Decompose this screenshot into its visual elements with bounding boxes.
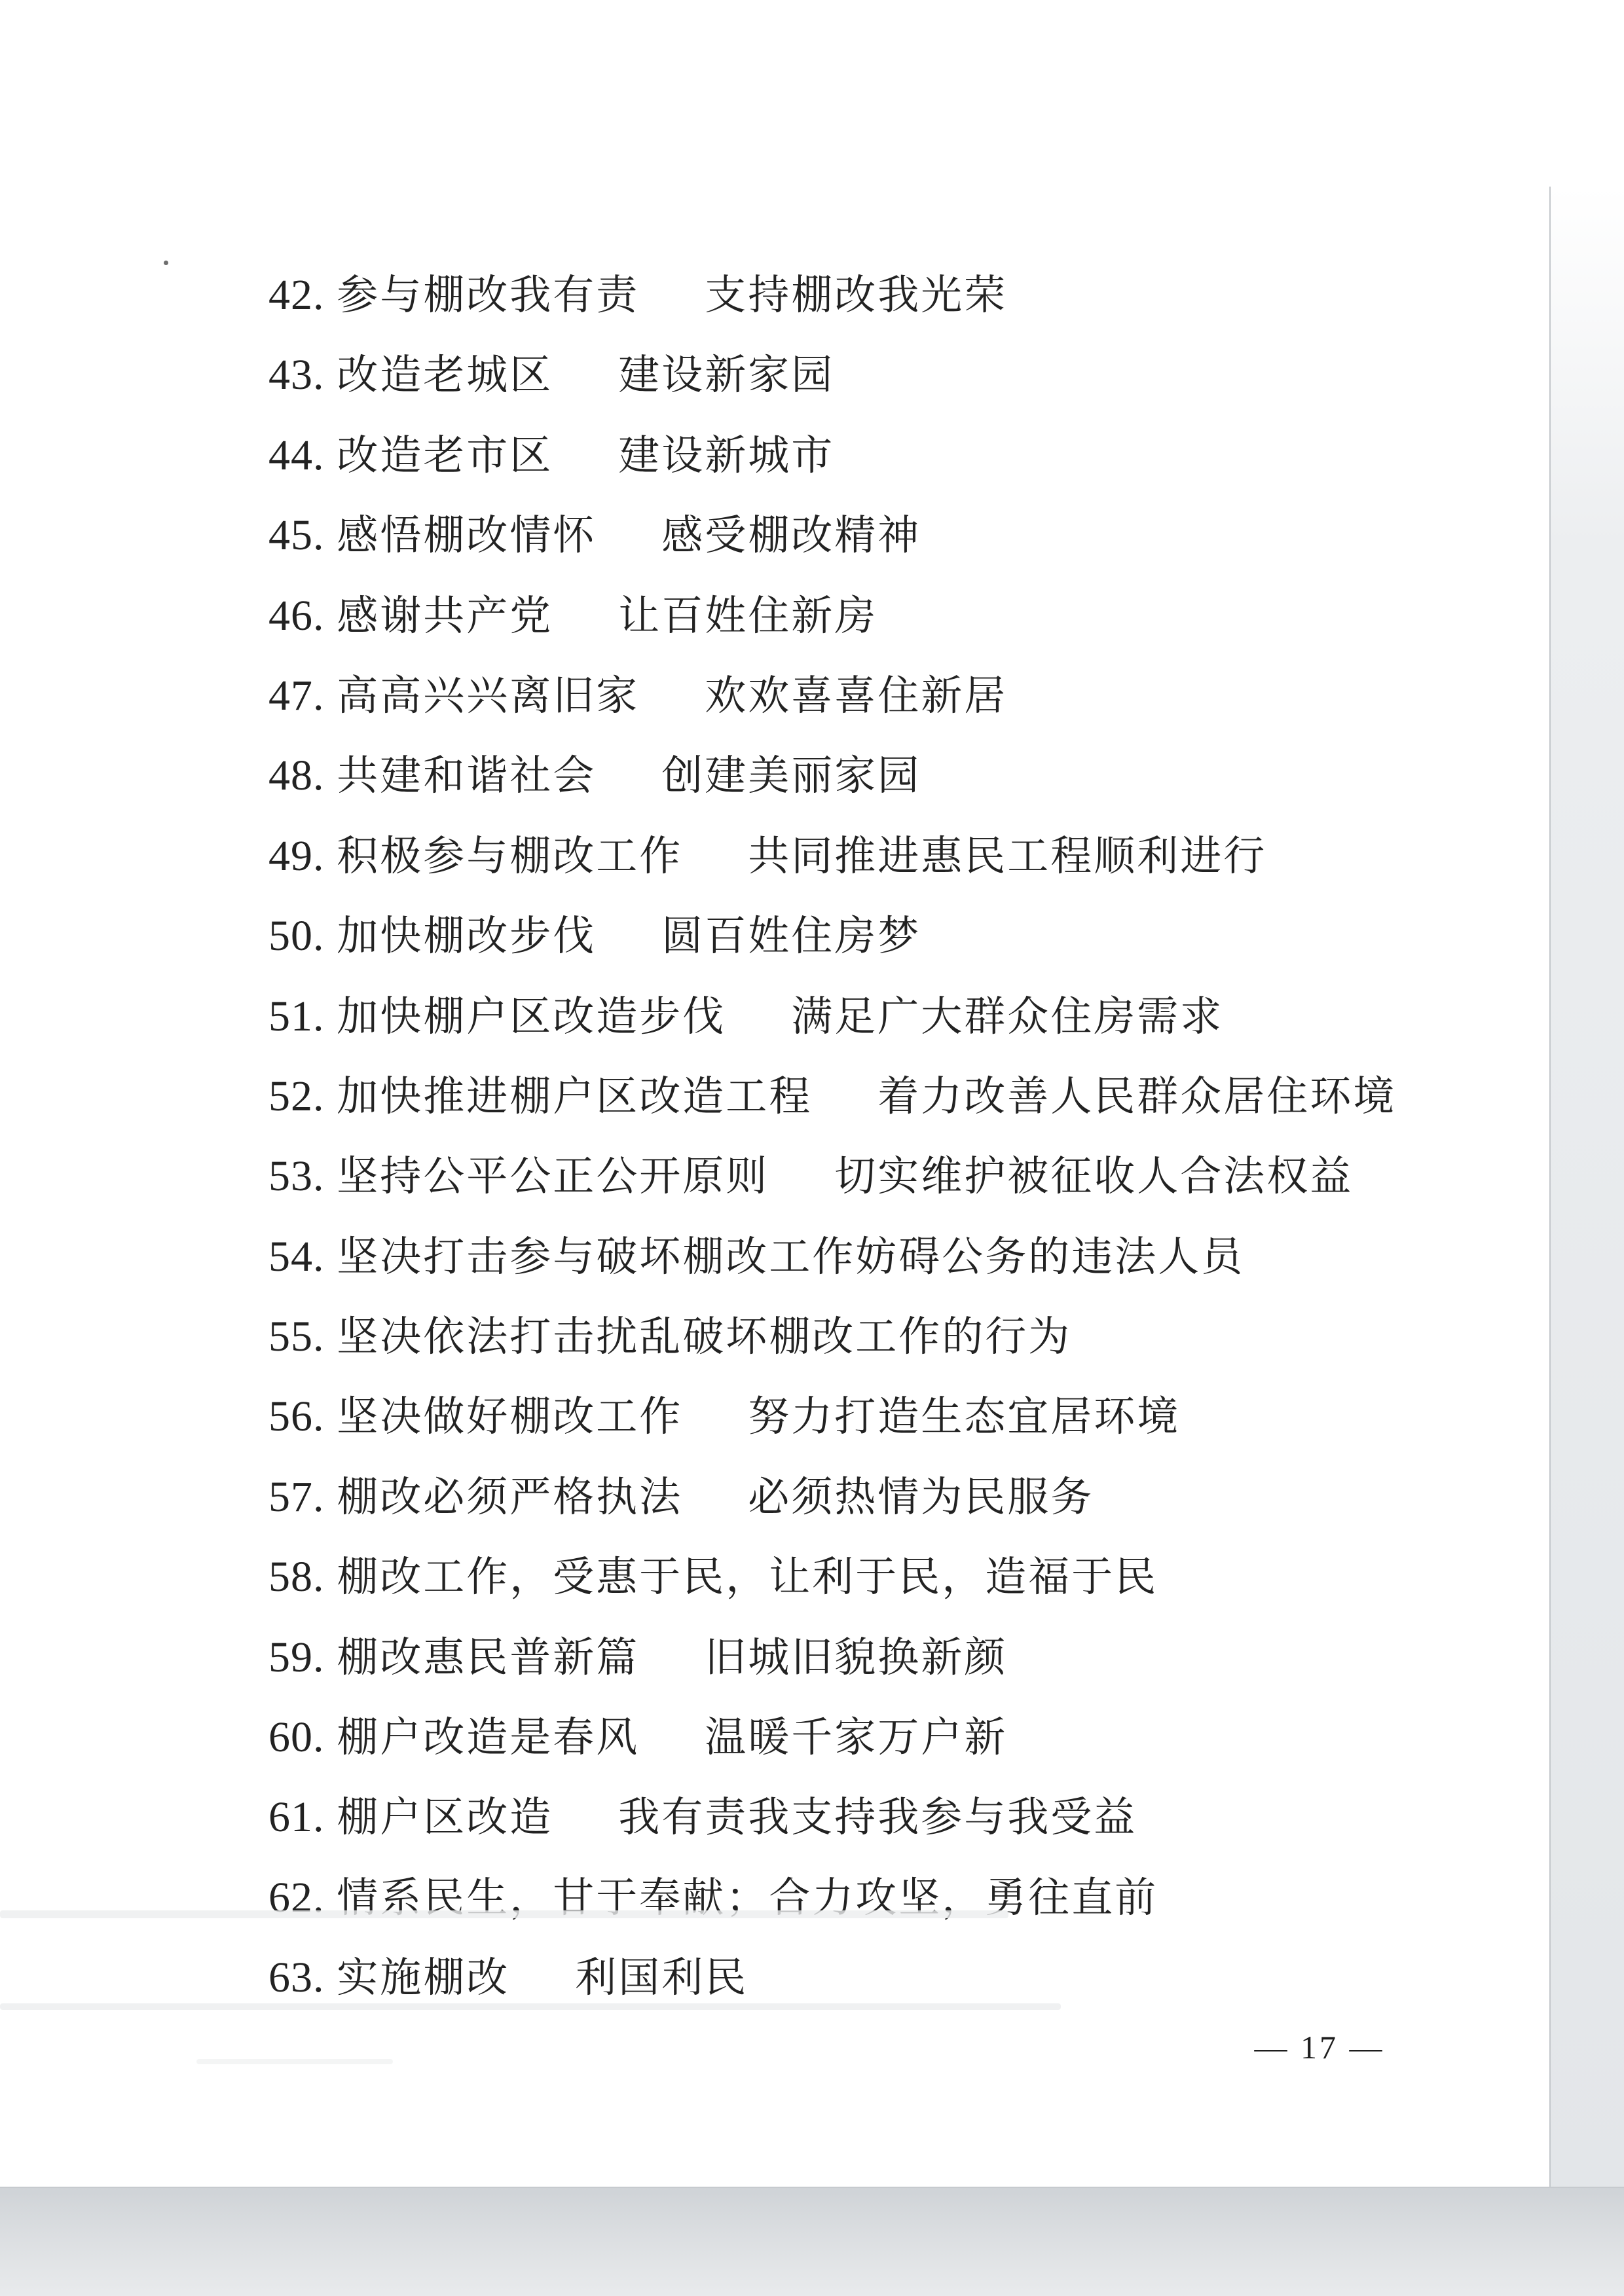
item-text: 坚决做好棚改工作 — [337, 1394, 682, 1440]
item-text: 参与棚改我有责 — [337, 272, 639, 318]
item-number: 45. — [268, 511, 325, 559]
item-number: 50. — [268, 912, 325, 960]
item-text: 满足广大群众住房需求 — [791, 994, 1223, 1040]
item-text: 坚决依法打击扰乱破坏棚改工作的行为 — [337, 1314, 1071, 1360]
item-text: 棚改工作，受惠于民，让利于民，造福于民 — [337, 1554, 1158, 1600]
list-item: 42. 参与棚改我有责支持棚改我光荣 — [268, 255, 1396, 335]
list-item: 60. 棚户改造是春风温暖千家万户新 — [268, 1698, 1396, 1777]
item-number: 47. — [268, 672, 325, 720]
item-text: 加快棚户区改造步伐 — [337, 994, 726, 1040]
scan-speck — [164, 261, 168, 265]
item-text: 棚改惠民普新篇 — [337, 1635, 639, 1681]
item-text: 支持棚改我光荣 — [705, 272, 1007, 318]
list-item: 54. 坚决打击参与破坏棚改工作妨碍公务的违法人员 — [268, 1217, 1396, 1297]
item-number: 55. — [268, 1313, 325, 1360]
page-right-edge — [1549, 187, 1624, 2187]
list-item: 52. 加快推进棚户区改造工程着力改善人民群众居住环境 — [268, 1057, 1396, 1137]
item-text: 加快棚改步伐 — [337, 913, 596, 959]
item-text: 改造老城区 — [337, 352, 553, 398]
item-number: 49. — [268, 832, 325, 880]
item-number: 60. — [268, 1713, 325, 1761]
item-number: 43. — [268, 351, 325, 399]
item-text: 必须热情为民服务 — [748, 1474, 1094, 1520]
item-text: 温暖千家万户新 — [705, 1715, 1007, 1760]
item-text: 感谢共产党 — [337, 593, 553, 639]
item-number: 53. — [268, 1152, 325, 1200]
list-item: 46. 感谢共产党让百姓住新房 — [268, 576, 1396, 656]
item-text: 欢欢喜喜住新居 — [705, 673, 1007, 719]
item-number: 59. — [268, 1633, 325, 1681]
item-number: 61. — [268, 1793, 325, 1841]
item-number: 54. — [268, 1233, 325, 1281]
item-text: 切实维护被征收人合法权益 — [834, 1154, 1353, 1199]
scan-streak — [196, 2059, 393, 2064]
item-text: 共同推进惠民工程顺利进行 — [748, 833, 1266, 879]
scanner-background — [0, 2187, 1624, 2296]
scan-streak — [0, 2003, 1061, 2010]
list-item: 44. 改造老市区建设新城市 — [268, 416, 1396, 496]
item-text: 高高兴兴离旧家 — [337, 673, 639, 719]
item-number: 48. — [268, 752, 325, 799]
slogan-list: 42. 参与棚改我有责支持棚改我光荣 43. 改造老城区建设新家园 44. 改造… — [268, 255, 1396, 2018]
item-text: 建设新家园 — [618, 352, 834, 398]
item-text: 着力改善人民群众居住环境 — [877, 1074, 1396, 1120]
page-number: — 17 — — [1247, 2028, 1392, 2066]
item-text: 实施棚改 — [337, 1955, 509, 2001]
list-item: 49. 积极参与棚改工作共同推进惠民工程顺利进行 — [268, 816, 1396, 896]
list-item: 56. 坚决做好棚改工作努力打造生态宜居环境 — [268, 1377, 1396, 1457]
item-text: 积极参与棚改工作 — [337, 833, 682, 879]
item-text: 圆百姓住房梦 — [661, 913, 921, 959]
list-item: 62. 情系民生，甘于奉献；合力攻坚，勇往直前 — [268, 1858, 1396, 1938]
list-item: 55. 坚决依法打击扰乱破坏棚改工作的行为 — [268, 1297, 1396, 1377]
list-item: 59. 棚改惠民普新篇旧城旧貌换新颜 — [268, 1618, 1396, 1698]
item-text: 棚户改造是春风 — [337, 1715, 639, 1760]
list-item: 61. 棚户区改造我有责我支持我参与我受益 — [268, 1777, 1396, 1857]
item-number: 57. — [268, 1473, 325, 1521]
item-text: 努力打造生态宜居环境 — [748, 1394, 1180, 1440]
list-item: 48. 共建和谐社会创建美丽家园 — [268, 736, 1396, 816]
scan-streak — [0, 1910, 1008, 1918]
item-number: 63. — [268, 1954, 325, 2001]
list-item: 50. 加快棚改步伐圆百姓住房梦 — [268, 896, 1396, 976]
list-item: 58. 棚改工作，受惠于民，让利于民，造福于民 — [268, 1537, 1396, 1617]
item-text: 建设新城市 — [618, 433, 834, 479]
list-item: 53. 坚持公平公正公开原则切实维护被征收人合法权益 — [268, 1137, 1396, 1216]
item-text: 感受棚改精神 — [661, 513, 921, 558]
item-text: 坚持公平公正公开原则 — [337, 1154, 769, 1199]
item-number: 46. — [268, 592, 325, 640]
item-text: 加快推进棚户区改造工程 — [337, 1074, 812, 1120]
list-item: 47. 高高兴兴离旧家欢欢喜喜住新居 — [268, 656, 1396, 736]
item-text: 坚决打击参与破坏棚改工作妨碍公务的违法人员 — [337, 1234, 1244, 1280]
item-text: 棚改必须严格执法 — [337, 1474, 682, 1520]
list-item: 57. 棚改必须严格执法必须热情为民服务 — [268, 1457, 1396, 1537]
item-text: 共建和谐社会 — [337, 753, 596, 799]
item-text: 感悟棚改情怀 — [337, 513, 596, 558]
item-text: 创建美丽家园 — [661, 753, 921, 799]
item-number: 42. — [268, 271, 325, 319]
item-number: 56. — [268, 1393, 325, 1440]
item-text: 利国利民 — [575, 1955, 748, 2001]
item-text: 我有责我支持我参与我受益 — [618, 1795, 1137, 1840]
item-text: 让百姓住新房 — [618, 593, 877, 639]
item-text: 旧城旧貌换新颜 — [705, 1635, 1007, 1681]
item-number: 58. — [268, 1553, 325, 1601]
item-number: 51. — [268, 993, 325, 1040]
item-text: 改造老市区 — [337, 433, 553, 479]
list-item: 51. 加快棚户区改造步伐满足广大群众住房需求 — [268, 977, 1396, 1057]
list-item: 43. 改造老城区建设新家园 — [268, 335, 1396, 415]
item-number: 44. — [268, 431, 325, 479]
item-text: 棚户区改造 — [337, 1795, 553, 1840]
scanned-page: 42. 参与棚改我有责支持棚改我光荣 43. 改造老城区建设新家园 44. 改造… — [0, 0, 1624, 2296]
item-number: 52. — [268, 1072, 325, 1120]
list-item: 45. 感悟棚改情怀感受棚改精神 — [268, 496, 1396, 575]
